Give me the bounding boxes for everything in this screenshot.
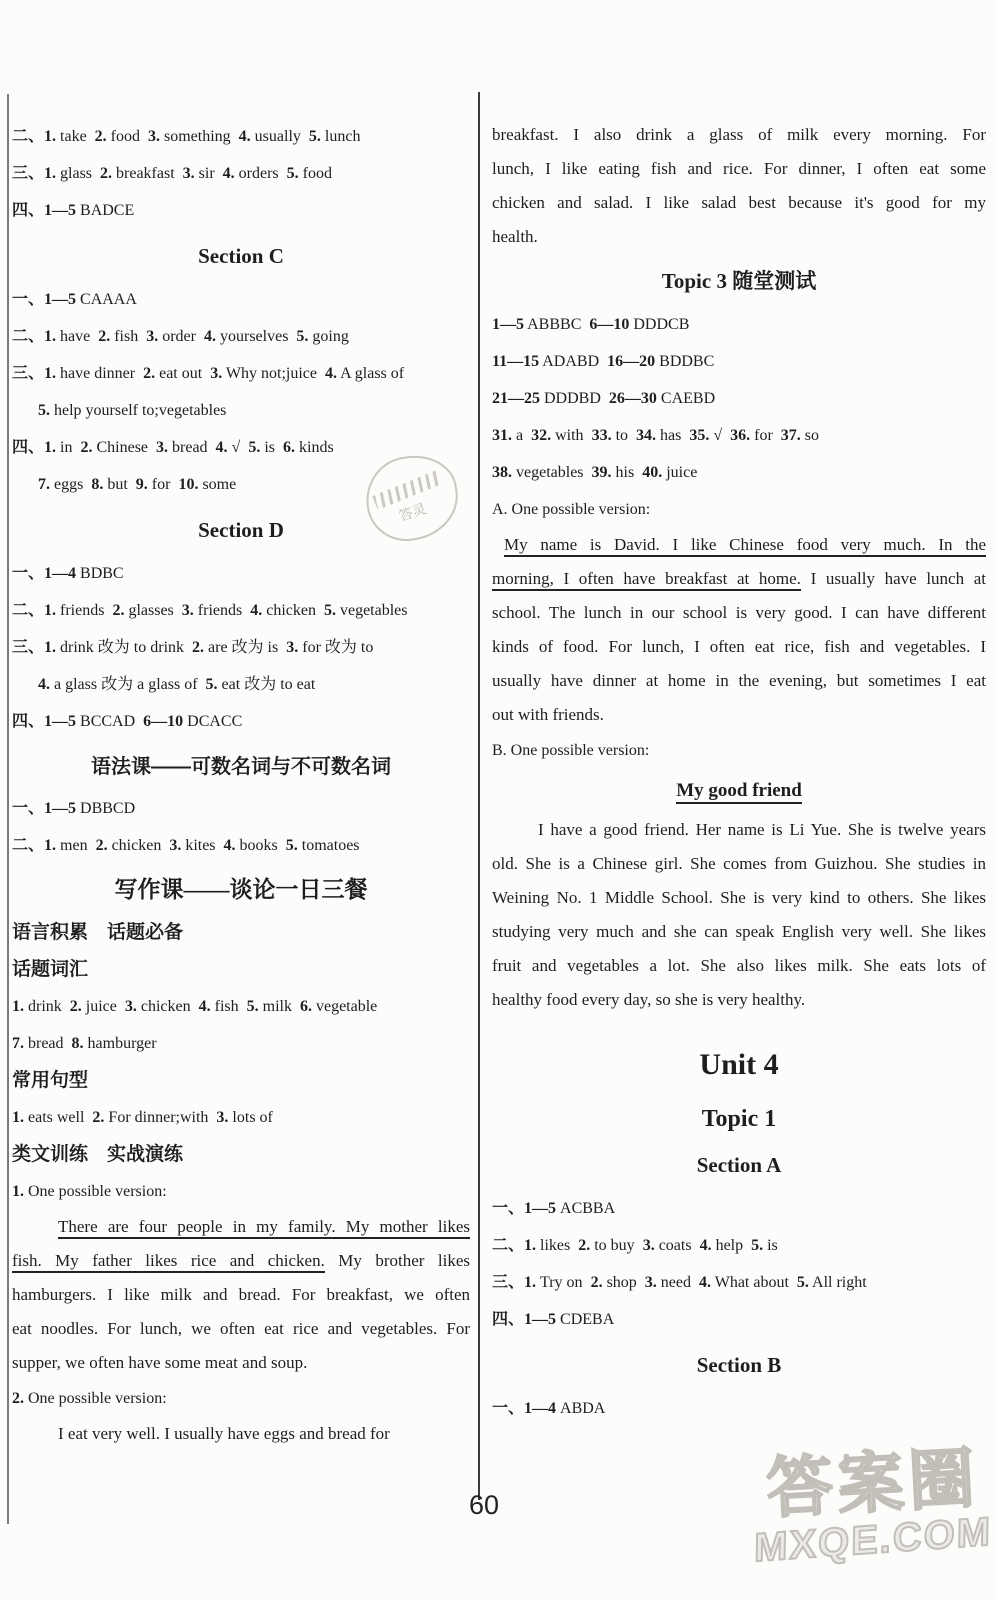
essay-line: lunch, I like eating fish and rice. For … xyxy=(492,152,986,186)
underlined-text: My name is David. I like Chinese food ve… xyxy=(504,535,986,557)
section-heading: Section B xyxy=(492,1350,986,1380)
essay-line: school. The lunch in our school is very … xyxy=(492,596,986,630)
quiz-heading: Topic 3 随堂测试 xyxy=(492,266,986,296)
answer-line: 1. drink 2. juice 3. chicken 4. fish 5. … xyxy=(12,988,470,1025)
underlined-text: morning, I often have breakfast at home. xyxy=(492,569,801,591)
answer-line: 一、1—4 ABDA xyxy=(492,1390,986,1427)
answer-line: 11—15 ADABD 16—20 BDDBC xyxy=(492,343,986,380)
answer-line: 一、1—5 DBBCD xyxy=(12,790,470,827)
essay-line: out with friends. xyxy=(492,698,986,732)
section-heading: Section A xyxy=(492,1150,986,1180)
column-divider-rule xyxy=(478,92,480,1500)
essay-line: chicken and salad. I like salad best bec… xyxy=(492,186,986,220)
essay-line: My name is David. I like Chinese food ve… xyxy=(492,528,986,562)
answer-line: 1. One possible version: xyxy=(12,1173,470,1210)
essay-line: old. She is a Chinese girl. She comes fr… xyxy=(492,847,986,881)
essay-line: kinds of food. For lunch, I often eat ri… xyxy=(492,630,986,664)
answer-line: 21—25 DDDBD 26—30 CAEBD xyxy=(492,380,986,417)
essay-line: hamburgers. I like milk and bread. For b… xyxy=(12,1278,470,1312)
left-column: 二、1. take 2. food 3. something 4. usuall… xyxy=(12,118,470,1451)
underlined-text: There are four people in my family. My m… xyxy=(58,1217,470,1239)
answer-line: 一、1—5 CAAAA xyxy=(12,281,470,318)
answer-line: 三、1. have dinner 2. eat out 3. Why not;j… xyxy=(12,355,470,392)
answer-line: 四、1—5 BCCAD 6—10 DCACC xyxy=(12,703,470,740)
essay-line: healthy food every day, so she is very h… xyxy=(492,983,986,1017)
answer-line: B. One possible version: xyxy=(492,732,986,769)
essay-line: studying very much and she can speak Eng… xyxy=(492,915,986,949)
answer-line: 1—5 ABBBC 6—10 DDDCB xyxy=(492,306,986,343)
unit-heading: Unit 4 xyxy=(492,1045,986,1085)
answer-line: 二、1. likes 2. to buy 3. coats 4. help 5.… xyxy=(492,1227,986,1264)
answer-line: 二、1. friends 2. glasses 3. friends 4. ch… xyxy=(12,592,470,629)
essay-line: fruit and vegetables a lot. She also lik… xyxy=(492,949,986,983)
answer-line: 三、1. Try on 2. shop 3. need 4. What abou… xyxy=(492,1264,986,1301)
essay-title: My good friend xyxy=(492,776,986,806)
grammar-lesson-heading: 语法课——可数名词与不可数名词 xyxy=(12,752,470,782)
answer-line: 2. One possible version: xyxy=(12,1380,470,1417)
section-heading: Section C xyxy=(12,241,470,271)
stamp-text: 答灵 xyxy=(396,498,429,526)
plain-text: I usually have lunch at xyxy=(801,569,986,588)
answer-line: 二、1. have 2. fish 3. order 4. yourselves… xyxy=(12,318,470,355)
essay-line: breakfast. I also drink a glass of milk … xyxy=(492,118,986,152)
underlined-text: My good friend xyxy=(676,780,802,804)
answer-line: 5. help yourself to;vegetables xyxy=(12,392,470,429)
subsection-label: 常用句型 xyxy=(12,1062,470,1099)
left-edge-rule xyxy=(7,94,9,1524)
answer-line: 二、1. take 2. food 3. something 4. usuall… xyxy=(12,118,470,155)
subsection-label: 语言积累 话题必备 xyxy=(12,914,470,951)
essay-line: fish. My father likes rice and chicken. … xyxy=(12,1244,470,1278)
essay-line: health. xyxy=(492,220,986,254)
answer-line: 7. bread 8. hamburger xyxy=(12,1025,470,1062)
answer-line: A. One possible version: xyxy=(492,491,986,528)
subsection-label: 话题词汇 xyxy=(12,951,470,988)
essay-line: There are four people in my family. My m… xyxy=(12,1210,470,1244)
watermark: 答案圈 MXQE.COM xyxy=(754,1448,992,1562)
answer-line: 二、1. men 2. chicken 3. kites 4. books 5.… xyxy=(12,827,470,864)
essay-line: usually have dinner at home in the eveni… xyxy=(492,664,986,698)
essay-line: eat noodles. For lunch, we often eat ric… xyxy=(12,1312,470,1346)
answer-line: 38. vegetables 39. his 40. juice xyxy=(492,454,986,491)
answer-line: 31. a 32. with 33. to 34. has 35. √ 36. … xyxy=(492,417,986,454)
answer-line: 1. eats well 2. For dinner;with 3. lots … xyxy=(12,1099,470,1136)
answer-line: 一、1—4 BDBC xyxy=(12,555,470,592)
plain-text: My brother likes xyxy=(325,1251,470,1270)
answer-line: 4. a glass 改为 a glass of 5. eat 改为 to ea… xyxy=(12,666,470,703)
writing-lesson-heading: 写作课——谈论一日三餐 xyxy=(12,875,470,905)
right-column: breakfast. I also drink a glass of milk … xyxy=(492,118,986,1427)
essay-line: Weining No. 1 Middle School. She is very… xyxy=(492,881,986,915)
essay-line: supper, we often have some meat and soup… xyxy=(12,1346,470,1380)
answer-line: 三、1. glass 2. breakfast 3. sir 4. orders… xyxy=(12,155,470,192)
essay-line: I have a good friend. Her name is Li Yue… xyxy=(492,813,986,847)
underlined-text: fish. My father likes rice and chicken. xyxy=(12,1251,325,1273)
answer-line: 四、1—5 BADCE xyxy=(12,192,470,229)
topic-heading: Topic 1 xyxy=(492,1103,986,1135)
essay-line: morning, I often have breakfast at home.… xyxy=(492,562,986,596)
essay-line: I eat very well. I usually have eggs and… xyxy=(12,1417,470,1451)
answer-line: 三、1. drink 改为 to drink 2. are 改为 is 3. f… xyxy=(12,629,470,666)
subsection-label: 类文训练 实战演练 xyxy=(12,1136,470,1173)
page-number: 60 xyxy=(469,1490,499,1521)
scanned-answer-page: 二、1. take 2. food 3. something 4. usuall… xyxy=(0,0,996,1600)
answer-line: 一、1—5 ACBBA xyxy=(492,1190,986,1227)
answer-line: 四、1—5 CDEBA xyxy=(492,1301,986,1338)
